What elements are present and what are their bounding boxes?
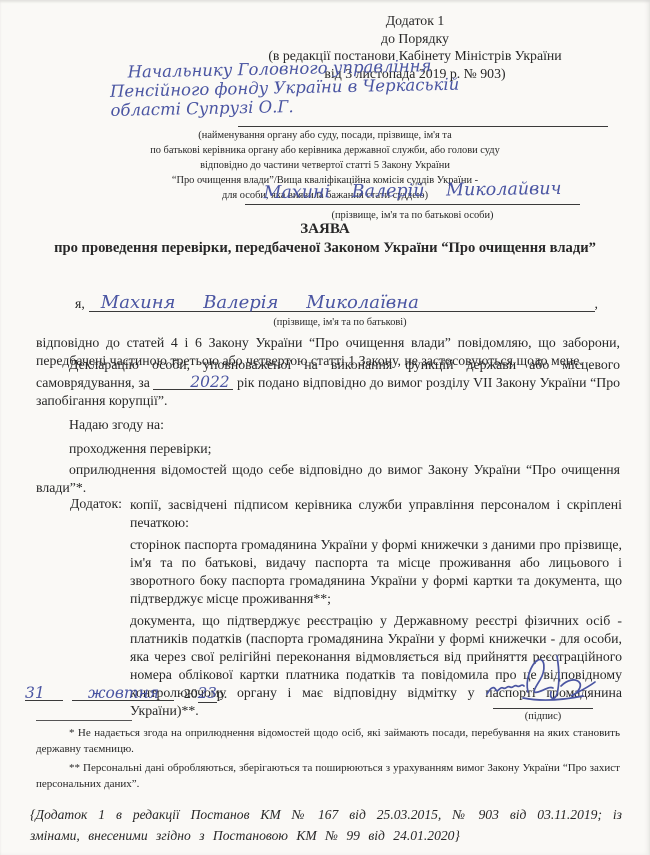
- handwritten-month: жовтня: [72, 686, 174, 701]
- handwritten-day: 31: [25, 686, 63, 701]
- footnote-divider: [36, 720, 132, 721]
- handwritten-year: 2022: [153, 376, 233, 390]
- statement-name-caption: (прізвище, ім'я та по батькові): [150, 315, 530, 330]
- consent-intro: Надаю згоду на:: [36, 416, 620, 434]
- declaration-paragraph: Декларацію особи, уповноваженої на викон…: [36, 356, 620, 410]
- signature-caption: (підпис): [478, 709, 608, 724]
- handwritten-addressee: Начальнику Головного управління Пенсійно…: [109, 53, 580, 120]
- header-line: Додаток 1: [215, 12, 615, 30]
- applicant-name-underline: [245, 204, 580, 205]
- scanned-document-page: Додаток 1 до Порядку (в редакції постано…: [0, 0, 650, 855]
- trailing-comma: ,: [595, 296, 598, 312]
- footnote-personal-data: ** Персональні дані обробляються, зберіг…: [36, 761, 620, 792]
- date-line: 31 жовтня 2023р.: [25, 684, 355, 702]
- consent-item-publication: оприлюднення відомостей щодо себе відпов…: [36, 461, 620, 497]
- annex-item: копії, засвідчені підписом керівника слу…: [130, 496, 622, 532]
- handwritten-signature: [483, 652, 603, 704]
- header-line: до Порядку: [215, 30, 615, 48]
- statement-name-line: я, Махиня Валерія Миколаївна ,: [75, 286, 598, 312]
- caption-line: відповідно до частини четвертої статті 5…: [80, 158, 570, 173]
- document-subtitle: про проведення перевірки, передбаченої З…: [20, 240, 630, 257]
- handwritten-statement-name: Махиня Валерія Миколаївна: [101, 292, 419, 313]
- amendment-note: {Додаток 1 в редакції Постанов КМ № 167 …: [30, 804, 622, 846]
- printed-year-suffix: р.: [217, 686, 227, 701]
- printed-year-prefix: 20: [184, 686, 198, 701]
- annex-item: сторінок паспорта громадянина України у …: [130, 536, 622, 608]
- signature-block: (підпис): [478, 652, 608, 724]
- consent-item-verification: проходження перевірки;: [36, 440, 620, 458]
- document-title: ЗАЯВА: [0, 221, 650, 238]
- caption-line: по батькові керівника органу або керівни…: [80, 143, 570, 158]
- annex-label: Додаток:: [70, 496, 122, 512]
- addressee-underline: [238, 126, 608, 127]
- statement-prefix: я,: [75, 296, 85, 312]
- name-blank-line: Махиня Валерія Миколаївна: [89, 286, 595, 312]
- footnote-secrecy: * Не надається згода на оприлюднення від…: [36, 726, 620, 757]
- handwritten-year-suffix: 23: [198, 684, 217, 703]
- caption-line: (найменування органу або суду, посади, п…: [80, 128, 570, 143]
